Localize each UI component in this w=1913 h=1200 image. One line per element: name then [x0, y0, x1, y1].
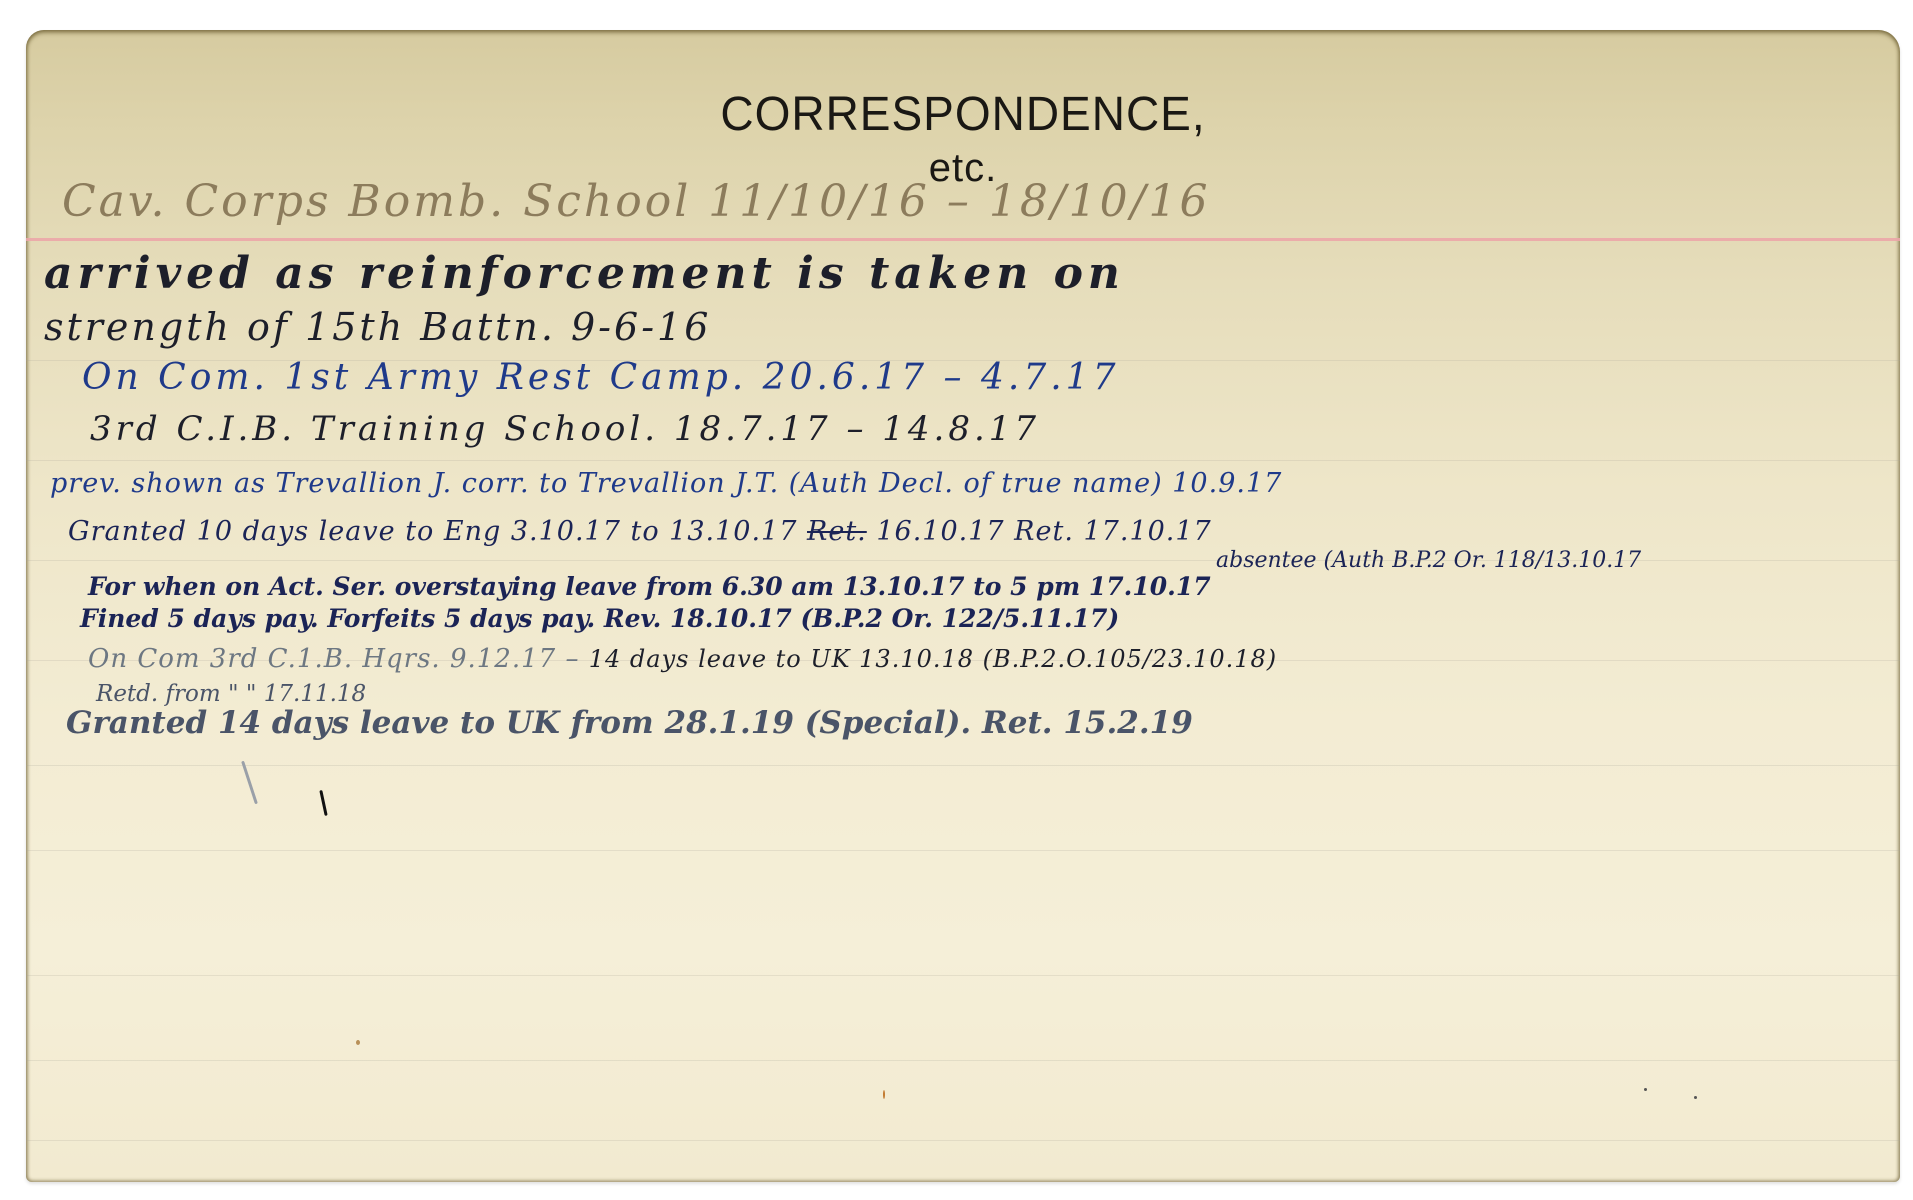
entry-cib-hqrs-text: On Com 3rd C.1.B. Hqrs. 9.12.17 – — [88, 644, 579, 674]
entry-arrived-reinforcement: arrived as reinforcement is taken on — [44, 252, 1125, 296]
entry-granted-leave-eng: Granted 10 days leave to Eng 3.10.17 to … — [68, 518, 1212, 545]
entry-army-rest-camp: On Com. 1st Army Rest Camp. 20.6.17 – 4.… — [82, 360, 1119, 396]
entry-returned-text: 16.10.17 Ret. 17.10.17 — [876, 516, 1211, 547]
card-heading: CORRESPONDENCE, — [26, 85, 1900, 142]
pen-mark — [241, 761, 258, 805]
paper-spot — [356, 1040, 360, 1045]
pen-mark — [319, 790, 327, 816]
entry-training-school: 3rd C.I.B. Training School. 18.7.17 – 14… — [90, 412, 1040, 446]
paper-spot — [1694, 1096, 1697, 1099]
entry-returned-from: Retd. from " " 17.11.18 — [96, 683, 366, 706]
entry-fined-pay: Fined 5 days pay. Forfeits 5 days pay. R… — [80, 606, 1119, 631]
ruled-line — [26, 460, 1900, 461]
margin-line-red — [26, 238, 1900, 241]
entry-granted-leave-text: Granted 10 days leave to Eng 3.10.17 to … — [68, 516, 797, 547]
ruled-line — [26, 975, 1900, 976]
ruled-line — [26, 850, 1900, 851]
entry-uk-leave-text: 14 days leave to UK 13.10.18 (B.P.2.O.10… — [589, 645, 1277, 673]
entry-absentee-note: absentee (Auth B.P.2 Or. 118/13.10.17 — [1216, 550, 1641, 572]
service-record-card: CORRESPONDENCE, etc. Cav. Corps Bomb. Sc… — [26, 30, 1900, 1182]
entry-overstaying-leave: For when on Act. Ser. overstaying leave … — [88, 574, 1211, 599]
ruled-line — [26, 1060, 1900, 1061]
paper-spot — [1644, 1088, 1647, 1091]
entry-bombing-school: Cav. Corps Bomb. School 11/10/16 – 18/10… — [62, 180, 1210, 224]
ruled-line — [26, 1140, 1900, 1141]
entry-strength-15th-battn: strength of 15th Battn. 9-6-16 — [44, 308, 711, 346]
entry-cib-hqrs: On Com 3rd C.1.B. Hqrs. 9.12.17 – 14 day… — [88, 646, 1277, 672]
ruled-line — [26, 765, 1900, 766]
entry-granted-14-days: Granted 14 days leave to UK from 28.1.19… — [66, 708, 1193, 739]
entry-name-correction: prev. shown as Trevallion J. corr. to Tr… — [50, 470, 1282, 497]
struck-out-text: Ret. — [807, 516, 867, 547]
paper-spot — [883, 1090, 885, 1099]
